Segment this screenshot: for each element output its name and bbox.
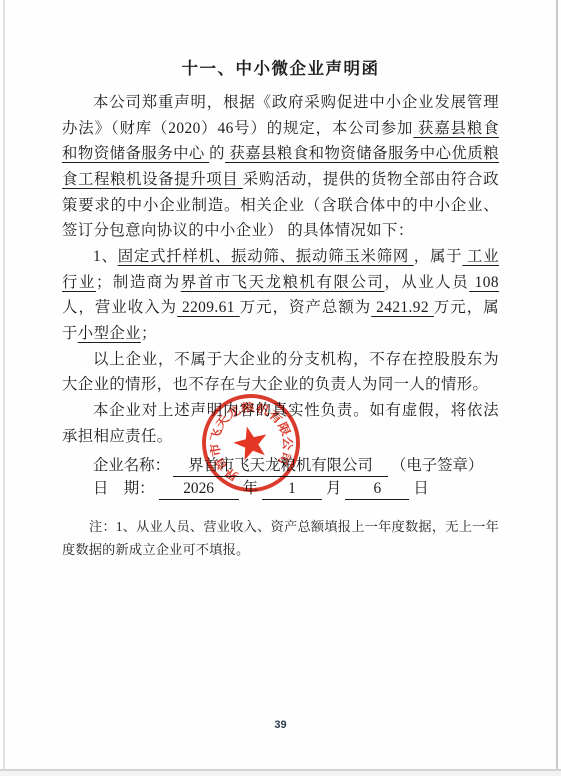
month-unit: 月 bbox=[326, 480, 341, 497]
document-page: 十一、中小微企业声明函 本公司郑重声明，根据《政府采购促进中小企业发展管理办法》… bbox=[0, 0, 561, 776]
electronic-signature-label: （电子签章） bbox=[391, 457, 483, 474]
paragraph-enterprise-details: 1、固定式扦样机、振动筛、振动筛玉米筛网 ，属于 工业 行业；制造商为界首市飞天… bbox=[62, 244, 499, 347]
scan-edge-left bbox=[3, 0, 5, 776]
scan-edge-bottom-shadow bbox=[0, 771, 561, 776]
footnote: 注：1、从业人员、营业收入、资产总额填报上一年度数据，无上一年度数据的新成立企业… bbox=[62, 515, 499, 561]
company-name-label: 企业名称： bbox=[93, 457, 170, 474]
paragraph-declaration: 本公司郑重声明，根据《政府采购促进中小企业发展管理办法》（财库（2020）46号… bbox=[62, 90, 499, 244]
date-day-value: 6 bbox=[345, 478, 409, 500]
seal-star-icon bbox=[230, 422, 271, 462]
page-number: 39 bbox=[0, 719, 561, 731]
date-label: 日 期： bbox=[93, 480, 155, 497]
scan-edge-right bbox=[556, 0, 558, 776]
document-title: 十一、中小微企业声明函 bbox=[62, 55, 499, 79]
day-unit: 日 bbox=[413, 480, 428, 497]
